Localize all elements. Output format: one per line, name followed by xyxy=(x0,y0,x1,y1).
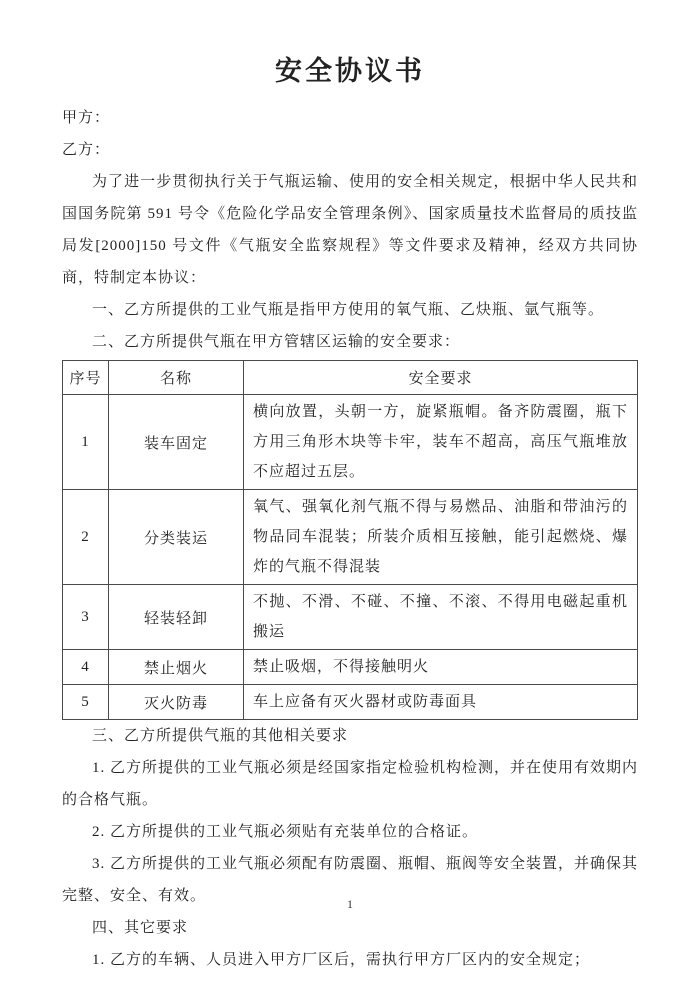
requirement-cell: 车上应备有灭火器材或防毒面具 xyxy=(244,685,638,720)
clause-one: 一、乙方所提供的工业气瓶是指甲方使用的氧气瓶、乙炔瓶、氩气瓶等。 xyxy=(62,294,638,326)
name-cell: 轻装轻卸 xyxy=(109,585,244,650)
intro-paragraph: 为了进一步贯彻执行关于气瓶运输、使用的安全相关规定，根据中华人民共和国国务院第 … xyxy=(62,166,638,294)
row-number-cell: 3 xyxy=(63,585,109,650)
section-four-heading: 四、其它要求 xyxy=(62,912,638,944)
requirement-cell: 横向放置，头朝一方，旋紧瓶帽。备齐防震圈，瓶下方用三角形木块等卡牢，装车不超高，… xyxy=(244,395,638,490)
row-number-cell: 1 xyxy=(63,395,109,490)
section-three-item-2: 2. 乙方所提供的工业气瓶必须贴有充装单位的合格证。 xyxy=(62,816,638,848)
requirement-cell: 禁止吸烟，不得接触明火 xyxy=(244,650,638,685)
requirement-cell: 氧气、强氧化剂气瓶不得与易燃品、油脂和带油污的物品同车混装；所装介质相互接触，能… xyxy=(244,490,638,585)
document-title: 安全协议书 xyxy=(62,50,638,92)
party-b-line: 乙方： xyxy=(62,134,638,166)
row-number-cell: 5 xyxy=(63,685,109,720)
name-cell: 分类装运 xyxy=(109,490,244,585)
clause-two: 二、乙方所提供气瓶在甲方管辖区运输的安全要求： xyxy=(62,326,638,358)
party-a-line: 甲方： xyxy=(62,102,638,134)
table-row: 1 装车固定 横向放置，头朝一方，旋紧瓶帽。备齐防震圈，瓶下方用三角形木块等卡牢… xyxy=(63,395,638,490)
table-row: 5 灭火防毒 车上应备有灭火器材或防毒面具 xyxy=(63,685,638,720)
header-cell-name: 名称 xyxy=(109,361,244,395)
table-row: 3 轻装轻卸 不抛、不滑、不碰、不撞、不滚、不得用电磁起重机搬运 xyxy=(63,585,638,650)
safety-requirements-table: 序号 名称 安全要求 1 装车固定 横向放置，头朝一方，旋紧瓶帽。备齐防震圈，瓶… xyxy=(62,360,638,720)
name-cell: 禁止烟火 xyxy=(109,650,244,685)
row-number-cell: 2 xyxy=(63,490,109,585)
requirement-cell: 不抛、不滑、不碰、不撞、不滚、不得用电磁起重机搬运 xyxy=(244,585,638,650)
table-row: 4 禁止烟火 禁止吸烟，不得接触明火 xyxy=(63,650,638,685)
row-number-cell: 4 xyxy=(63,650,109,685)
document-page: 安全协议书 甲方： 乙方： 为了进一步贯彻执行关于气瓶运输、使用的安全相关规定，… xyxy=(0,0,700,989)
section-three-item-1: 1. 乙方所提供的工业气瓶必须是经国家指定检验机构检测，并在使用有效期内的合格气… xyxy=(62,752,638,816)
section-three-heading: 三、乙方所提供气瓶的其他相关要求 xyxy=(62,720,638,752)
header-cell-requirement: 安全要求 xyxy=(244,361,638,395)
section-four-item-1: 1. 乙方的车辆、人员进入甲方厂区后，需执行甲方厂区内的安全规定； xyxy=(62,944,638,976)
header-cell-number: 序号 xyxy=(63,361,109,395)
name-cell: 装车固定 xyxy=(109,395,244,490)
table-row: 2 分类装运 氧气、强氧化剂气瓶不得与易燃品、油脂和带油污的物品同车混装；所装介… xyxy=(63,490,638,585)
page-number: 1 xyxy=(0,897,700,912)
name-cell: 灭火防毒 xyxy=(109,685,244,720)
table-header-row: 序号 名称 安全要求 xyxy=(63,361,638,395)
